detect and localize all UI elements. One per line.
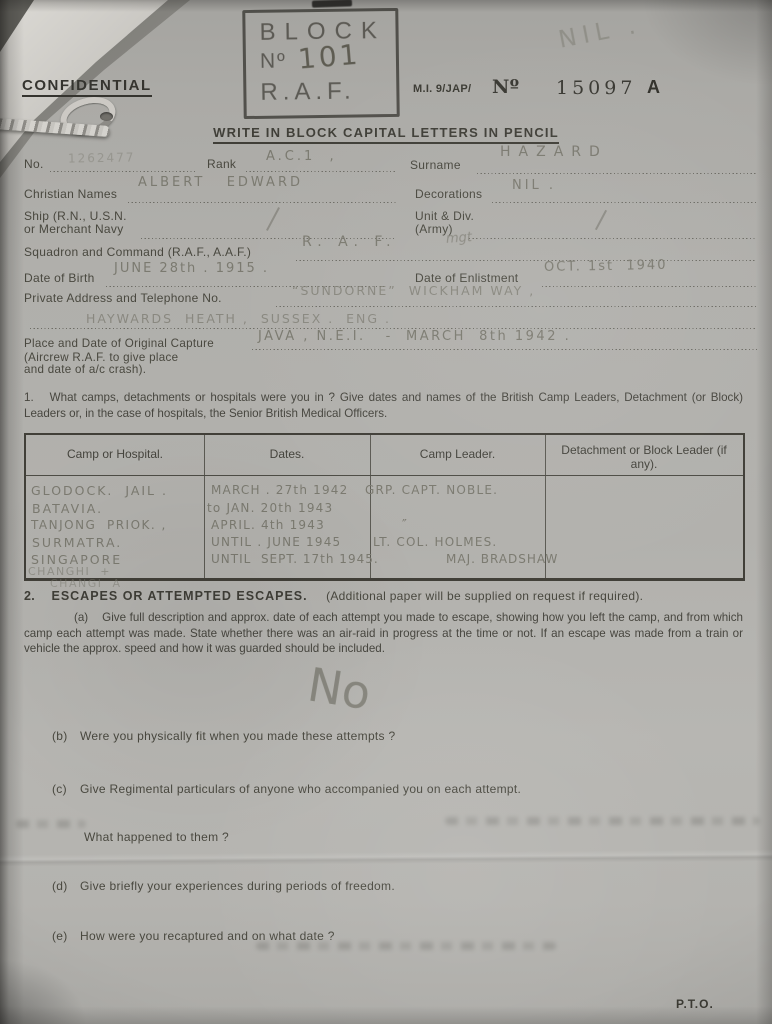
- escape-question-c: Give Regimental particulars of anyone wh…: [80, 782, 521, 796]
- squadron-field-line: [296, 259, 757, 261]
- date-of-birth-value: JUNE 28th . 1915 .: [114, 261, 269, 276]
- unit-label-line1: Unit & Div.: [415, 209, 474, 223]
- christian-names-label: Christian Names: [24, 187, 117, 201]
- rank-field-line: [246, 170, 396, 172]
- question-c-label: (c): [52, 782, 67, 796]
- leader-entry: MAJ. BRADSHAW: [446, 552, 558, 566]
- camp-entry: TANJONG PRIOK. ,: [31, 518, 167, 532]
- christian-names-field-line: [128, 201, 398, 203]
- stamp-block-number: 101: [297, 37, 362, 75]
- date-entry: APRIL. 4th 1943: [211, 518, 325, 532]
- squadron-value-extra: mgt: [446, 230, 473, 247]
- leader-entry: LT. COL. HOLMES.: [373, 535, 497, 549]
- date-entry: MARCH . 27th 1942: [211, 483, 348, 497]
- confidential-label: CONFIDENTIAL: [22, 77, 152, 97]
- showthrough-line: [445, 817, 760, 825]
- leader-entry: GRP. CAPT. NOBLE.: [365, 483, 498, 497]
- date-of-enlistment-value: OCT. 1st 1940: [544, 258, 668, 275]
- file-no-abbrev: Nº: [492, 76, 519, 98]
- stamp-no-abbrev: Nº: [260, 49, 287, 73]
- question1-number: 1.: [24, 391, 34, 404]
- surname-field-line: [477, 172, 757, 174]
- instruction-heading-wrap: WRITE IN BLOCK CAPITAL LETTERS IN PENCIL: [0, 124, 772, 144]
- unit-pencil-dash: [595, 210, 607, 230]
- capture-field-line: [252, 348, 757, 350]
- capture-value: JAVA , N.E.I. - MARCH 8th 1942 .: [258, 329, 571, 344]
- camp-entry: BATAVIA.: [32, 501, 103, 516]
- ship-pencil-dash: [266, 207, 280, 231]
- leader-entry-ditto: ″: [402, 518, 407, 533]
- question-a-label: (a): [74, 611, 88, 624]
- table-header-separator: [26, 475, 743, 476]
- rank-value: A.C.1 ,: [266, 149, 337, 164]
- escape-question-a: (a)Give full description and approx. dat…: [24, 610, 743, 657]
- paper-crease: [0, 849, 772, 866]
- col-header-detachment: Detachment or Block Leader (if any).: [554, 443, 734, 471]
- date-entry: UNTIL . JUNE 1945: [211, 535, 341, 549]
- squadron-value: R. A. F.: [302, 234, 397, 250]
- address-value-line1: “SUNDORNE” WICKHAM WAY ,: [292, 283, 535, 298]
- camps-table: Camp or Hospital. Dates. Camp Leader. De…: [24, 433, 745, 581]
- file-suffix-a: A: [647, 77, 660, 98]
- col-header-dates: Dates.: [204, 447, 370, 461]
- camp-entry: SURMATRA.: [32, 535, 122, 550]
- address-label: Private Address and Telephone No.: [24, 291, 222, 305]
- unit-field-line: [469, 237, 757, 239]
- decorations-label: Decorations: [415, 187, 482, 201]
- block-raf-stamp: BLOCK Nº 101 R.A.F.: [242, 8, 400, 119]
- pow-questionnaire-page: BLOCK Nº 101 R.A.F. CONFIDENTIAL M.I. 9/…: [0, 0, 772, 1024]
- question-e-label: (e): [52, 929, 68, 943]
- no-value: 1262477: [68, 150, 136, 165]
- pto-label: P.T.O.: [676, 997, 714, 1011]
- escapes-heading: ESCAPES OR ATTEMPTED ESCAPES.: [51, 589, 307, 603]
- address-field-line1: [276, 305, 757, 307]
- christian-names-value: ALBERT EDWARD: [138, 175, 303, 190]
- no-field-line: [50, 170, 196, 172]
- nil-annotation: NIL .: [556, 10, 643, 53]
- date-entry: UNTIL SEPT. 17th 1945.: [211, 552, 379, 566]
- ship-label-line2: or Merchant Navy: [24, 222, 124, 236]
- date-of-enlistment-field-line: [542, 285, 757, 287]
- question2-number: 2.: [24, 589, 35, 603]
- surname-label: Surname: [410, 158, 461, 172]
- camp-entry: GLODOCK. JAIL .: [31, 483, 168, 498]
- decorations-field-line: [492, 201, 757, 203]
- question1-text: 1.What camps, detachments or hospitals w…: [24, 390, 743, 421]
- escape-question-d: Give briefly your experiences during per…: [80, 879, 395, 893]
- escape-question-b: Were you physically fit when you made th…: [80, 729, 395, 743]
- showthrough-line: [256, 942, 556, 950]
- rank-label: Rank: [207, 157, 236, 171]
- col-header-camp: Camp or Hospital.: [26, 447, 204, 461]
- escape-question-e: How were you recaptured and on what date…: [80, 929, 335, 943]
- mi9-reference: M.I. 9/JAP/: [413, 83, 471, 95]
- col-header-leader: Camp Leader.: [370, 447, 545, 461]
- stamp-raf-word: R.A.F.: [260, 78, 356, 107]
- date-of-birth-label: Date of Birth: [24, 271, 95, 285]
- question-d-label: (d): [52, 879, 68, 893]
- question-b-label: (b): [52, 729, 68, 743]
- instruction-heading: WRITE IN BLOCK CAPITAL LETTERS IN PENCIL: [213, 125, 559, 144]
- decorations-value: NIL .: [512, 178, 556, 193]
- date-entry: to JAN. 20th 1943: [207, 501, 333, 515]
- no-answer: No: [304, 657, 374, 720]
- surname-value: HAZARD: [500, 144, 608, 160]
- capture-label-line1: Place and Date of Original Capture: [24, 337, 214, 350]
- address-value-line2: HAYWARDS HEATH , SUSSEX . ENG .: [86, 311, 391, 326]
- capture-label-line3: and date of a/c crash).: [24, 363, 146, 376]
- no-label: No.: [24, 157, 44, 171]
- showthrough-line: [16, 820, 86, 828]
- file-number: 15097: [556, 77, 636, 99]
- ink-smudge: [312, 0, 352, 8]
- escapes-note: (Additional paper will be supplied on re…: [326, 589, 643, 603]
- binding-hole: [100, 112, 113, 121]
- escapes-heading-row: 2. ESCAPES OR ATTEMPTED ESCAPES. (Additi…: [24, 587, 643, 605]
- ship-label-line1: Ship (R.N., U.S.N.: [24, 209, 127, 223]
- squadron-label: Squadron and Command (R.A.F., A.A.F.): [24, 245, 251, 259]
- question-c-followup: What happened to them ?: [84, 830, 229, 844]
